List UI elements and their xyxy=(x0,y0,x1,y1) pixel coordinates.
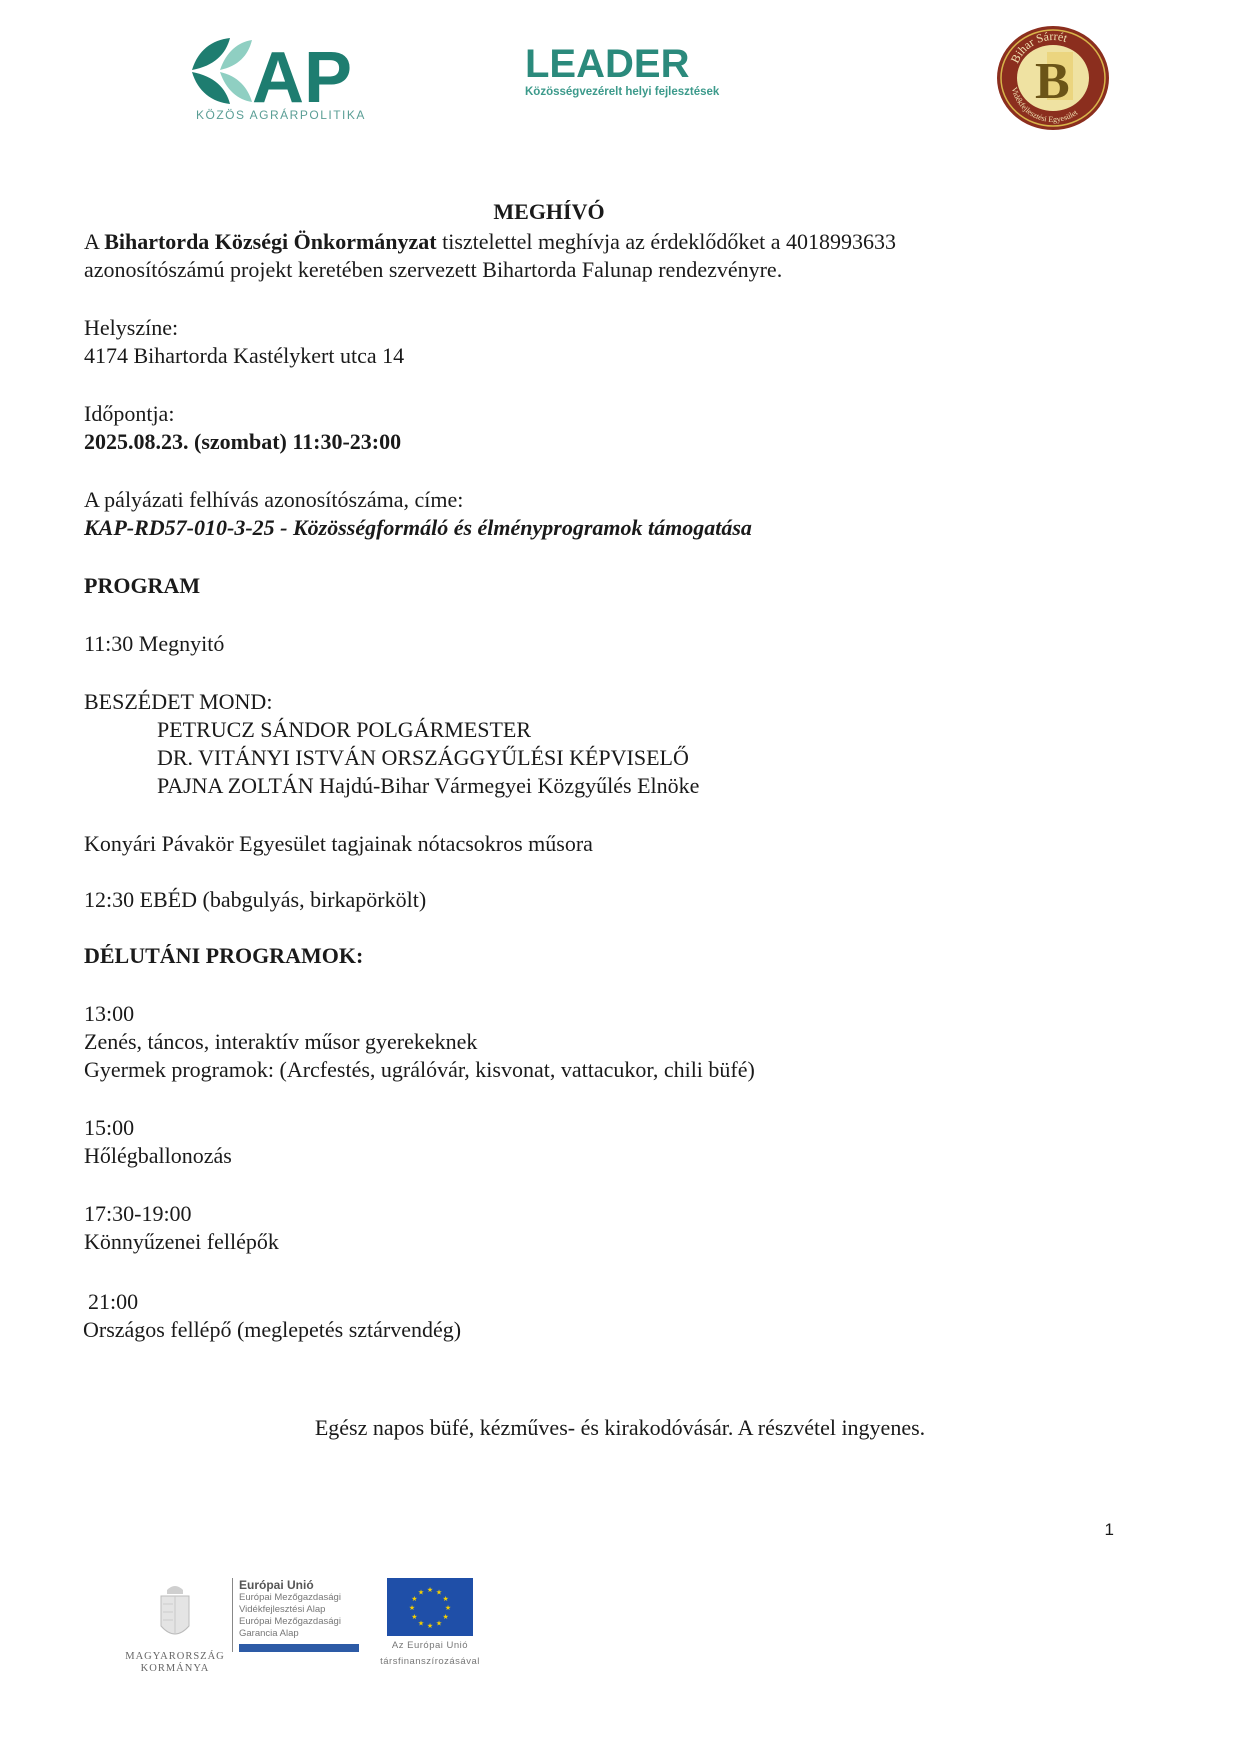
gov-line-2: KORMÁNYA xyxy=(125,1663,225,1675)
svg-text:★: ★ xyxy=(442,1613,448,1621)
eu-fund-line: Garancia Alap xyxy=(239,1628,359,1640)
svg-text:B: B xyxy=(1035,53,1070,110)
program-description: Zenés, táncos, interaktív műsor gyerekek… xyxy=(84,1028,477,1056)
svg-text:★: ★ xyxy=(411,1613,417,1621)
organizer-name: Bihartorda Községi Önkormányzat xyxy=(104,229,436,254)
eu-flag-caption-2: társfinanszírozásával xyxy=(380,1656,480,1668)
eu-funds-block: Európai Unió Európai Mezőgazdasági Vidék… xyxy=(232,1578,359,1652)
intro-line-2: azonosítószámú projekt keretében szervez… xyxy=(84,256,782,284)
eu-flag-caption-1: Az Európai Unió xyxy=(380,1640,480,1652)
kap-logo: AP KÖZÖS AGRÁRPOLITIKA xyxy=(190,36,360,126)
svg-text:★: ★ xyxy=(418,1588,424,1596)
speaker-item: DR. VITÁNYI ISTVÁN ORSZÁGGYŰLÉSI KÉPVISE… xyxy=(157,744,689,772)
kap-leaf-icon: AP xyxy=(190,36,360,106)
location-value: 4174 Bihartorda Kastélykert utca 14 xyxy=(84,342,404,370)
eu-fund-line: Európai Mezőgazdasági xyxy=(239,1616,359,1628)
svg-text:★: ★ xyxy=(436,1588,442,1596)
speaker-item: PAJNA ZOLTÁN Hajdú-Bihar Vármegyei Közgy… xyxy=(157,772,699,800)
eu-fund-line: Vidékfejlesztési Alap xyxy=(239,1604,359,1616)
intro-line-1: A Bihartorda Községi Önkormányzat tiszte… xyxy=(84,228,896,256)
hungarian-government-logo: MAGYARORSZÁG KORMÁNYA xyxy=(125,1582,225,1675)
call-value: KAP-RD57-010-3-25 - Közösségformáló és é… xyxy=(84,514,752,542)
leader-logo: LEADER Közösségvezérelt helyi fejlesztés… xyxy=(525,44,719,98)
svg-text:★: ★ xyxy=(436,1620,442,1628)
eu-slogan-bar xyxy=(239,1644,359,1652)
speaker-item: PETRUCZ SÁNDOR POLGÁRMESTER xyxy=(157,716,531,744)
pavakor-item: Konyári Pávakör Egyesület tagjainak nóta… xyxy=(84,830,593,858)
svg-text:★: ★ xyxy=(445,1604,451,1612)
leader-title: LEADER xyxy=(525,44,719,84)
leader-subtitle: Közösségvezérelt helyi fejlesztések xyxy=(525,86,719,98)
program-time: 13:00 xyxy=(84,1000,134,1028)
opening-item: 11:30 Megnyitó xyxy=(84,630,224,658)
closing-note: Egész napos büfé, kézműves- és kirakodóv… xyxy=(0,1415,1240,1441)
date-value: 2025.08.23. (szombat) 11:30-23:00 xyxy=(84,428,401,456)
coat-of-arms-icon xyxy=(155,1582,195,1646)
program-time: 21:00 xyxy=(88,1288,138,1316)
page-number: 1 xyxy=(1105,1520,1114,1540)
svg-text:★: ★ xyxy=(427,1586,433,1594)
speakers-label: BESZÉDET MOND: xyxy=(84,688,272,716)
svg-text:AP: AP xyxy=(252,38,352,106)
program-description: Hőlégballonozás xyxy=(84,1142,232,1170)
svg-text:★: ★ xyxy=(427,1622,433,1630)
intro-prefix: A xyxy=(84,229,104,254)
eu-flag-icon: ★★★★★★★★★★★★ xyxy=(387,1578,473,1636)
svg-text:★: ★ xyxy=(409,1604,415,1612)
svg-text:★: ★ xyxy=(442,1595,448,1603)
program-description: Könnyűzenei fellépők xyxy=(84,1228,279,1256)
svg-text:★: ★ xyxy=(418,1620,424,1628)
program-heading: PROGRAM xyxy=(84,572,200,600)
eu-title: Európai Unió xyxy=(239,1578,359,1592)
program-time: 17:30-19:00 xyxy=(84,1200,192,1228)
svg-text:★: ★ xyxy=(411,1595,417,1603)
program-time: 15:00 xyxy=(84,1114,134,1142)
afternoon-heading: DÉLUTÁNI PROGRAMOK: xyxy=(84,942,363,970)
gov-line-1: MAGYARORSZÁG xyxy=(125,1651,225,1663)
eu-flag-block: ★★★★★★★★★★★★ Az Európai Unió társfinansz… xyxy=(380,1578,480,1668)
date-label: Időpontja: xyxy=(84,400,174,428)
eu-fund-line: Európai Mezőgazdasági xyxy=(239,1592,359,1604)
program-description: Országos fellépő (meglepetés sztárvendég… xyxy=(83,1316,461,1344)
bihar-sarret-seal-icon: B Bihar Sárrét Vidékfejlesztési Egyesüle… xyxy=(995,24,1111,132)
kap-subtitle: KÖZÖS AGRÁRPOLITIKA xyxy=(196,108,366,122)
location-label: Helyszíne: xyxy=(84,314,178,342)
call-label: A pályázati felhívás azonosítószáma, cím… xyxy=(84,486,463,514)
intro-rest: tisztelettel meghívja az érdeklődőket a … xyxy=(437,229,896,254)
page-title: MEGHÍVÓ xyxy=(84,198,1014,226)
lunch-item: 12:30 EBÉD (babgulyás, birkapörkölt) xyxy=(84,886,426,914)
program-description: Gyermek programok: (Arcfestés, ugrálóvár… xyxy=(84,1056,755,1084)
